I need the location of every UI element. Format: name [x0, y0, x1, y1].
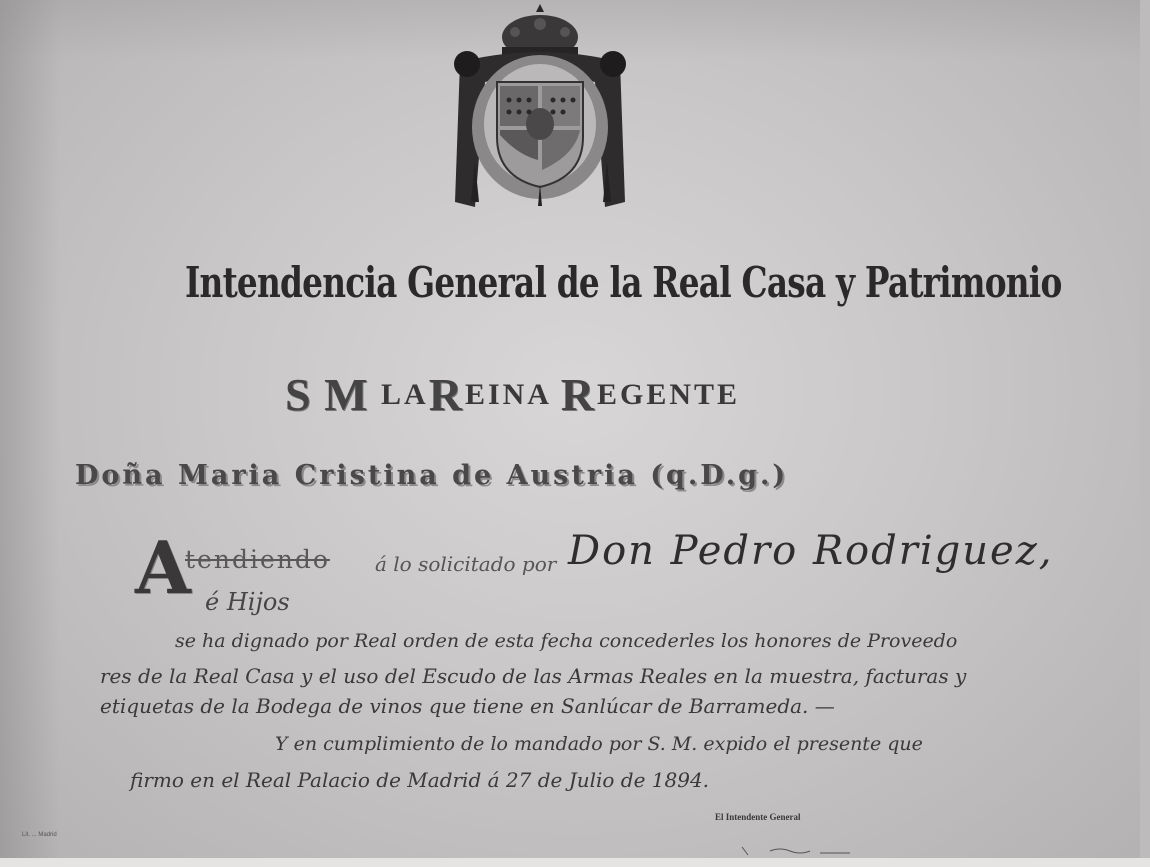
body-line-4: Y en cumplimiento de lo mandado por S. M…: [275, 733, 923, 755]
subtitle-initial-s: S: [285, 369, 314, 420]
recipient-name: Don Pedro Rodriguez,: [568, 528, 1054, 574]
scan-shadow-left: [0, 0, 60, 867]
printer-note: Lit. ... Madrid: [22, 832, 57, 838]
document-header-title: Intendencia General de la Real Casa y Pa…: [185, 258, 754, 307]
regent-name: Doña Maria Cristina de Austria (q.D.g.): [75, 460, 788, 491]
recipient-hijos: é Hijos: [205, 588, 290, 616]
subtitle-eina: EINA: [465, 378, 550, 411]
scan-edge-right: [1140, 0, 1150, 867]
body-line-2: res de la Real Casa y el uso del Escudo …: [100, 664, 966, 688]
body-line-1: se ha dignado por Real orden de esta fec…: [175, 630, 957, 652]
document-subtitle: S M LAREINA REGENTE: [285, 368, 805, 421]
signature-title: El Intendente General: [715, 812, 801, 822]
royal-coat-of-arms-icon: [445, 2, 635, 212]
body-line-5: firmo en el Real Palacio de Madrid á 27 …: [130, 768, 709, 792]
atendiendo-text: tendiendo: [185, 545, 330, 574]
subtitle-initial-r2: R: [561, 369, 597, 420]
subtitle-initial-m: M: [324, 369, 370, 420]
signature-scrawl-icon: [740, 845, 870, 857]
body-line-3: etiquetas de la Bodega de vinos que tien…: [100, 694, 835, 718]
subtitle-egente: EGENTE: [597, 378, 740, 411]
subtitle-la: LA: [381, 378, 429, 411]
document-page: Intendencia General de la Real Casa y Pa…: [0, 0, 1150, 867]
drop-cap-a: A: [135, 528, 185, 608]
solicitado-text: á lo solicitado por: [375, 552, 556, 576]
scan-edge-bottom: [0, 858, 1150, 867]
subtitle-initial-r1: R: [429, 369, 465, 420]
